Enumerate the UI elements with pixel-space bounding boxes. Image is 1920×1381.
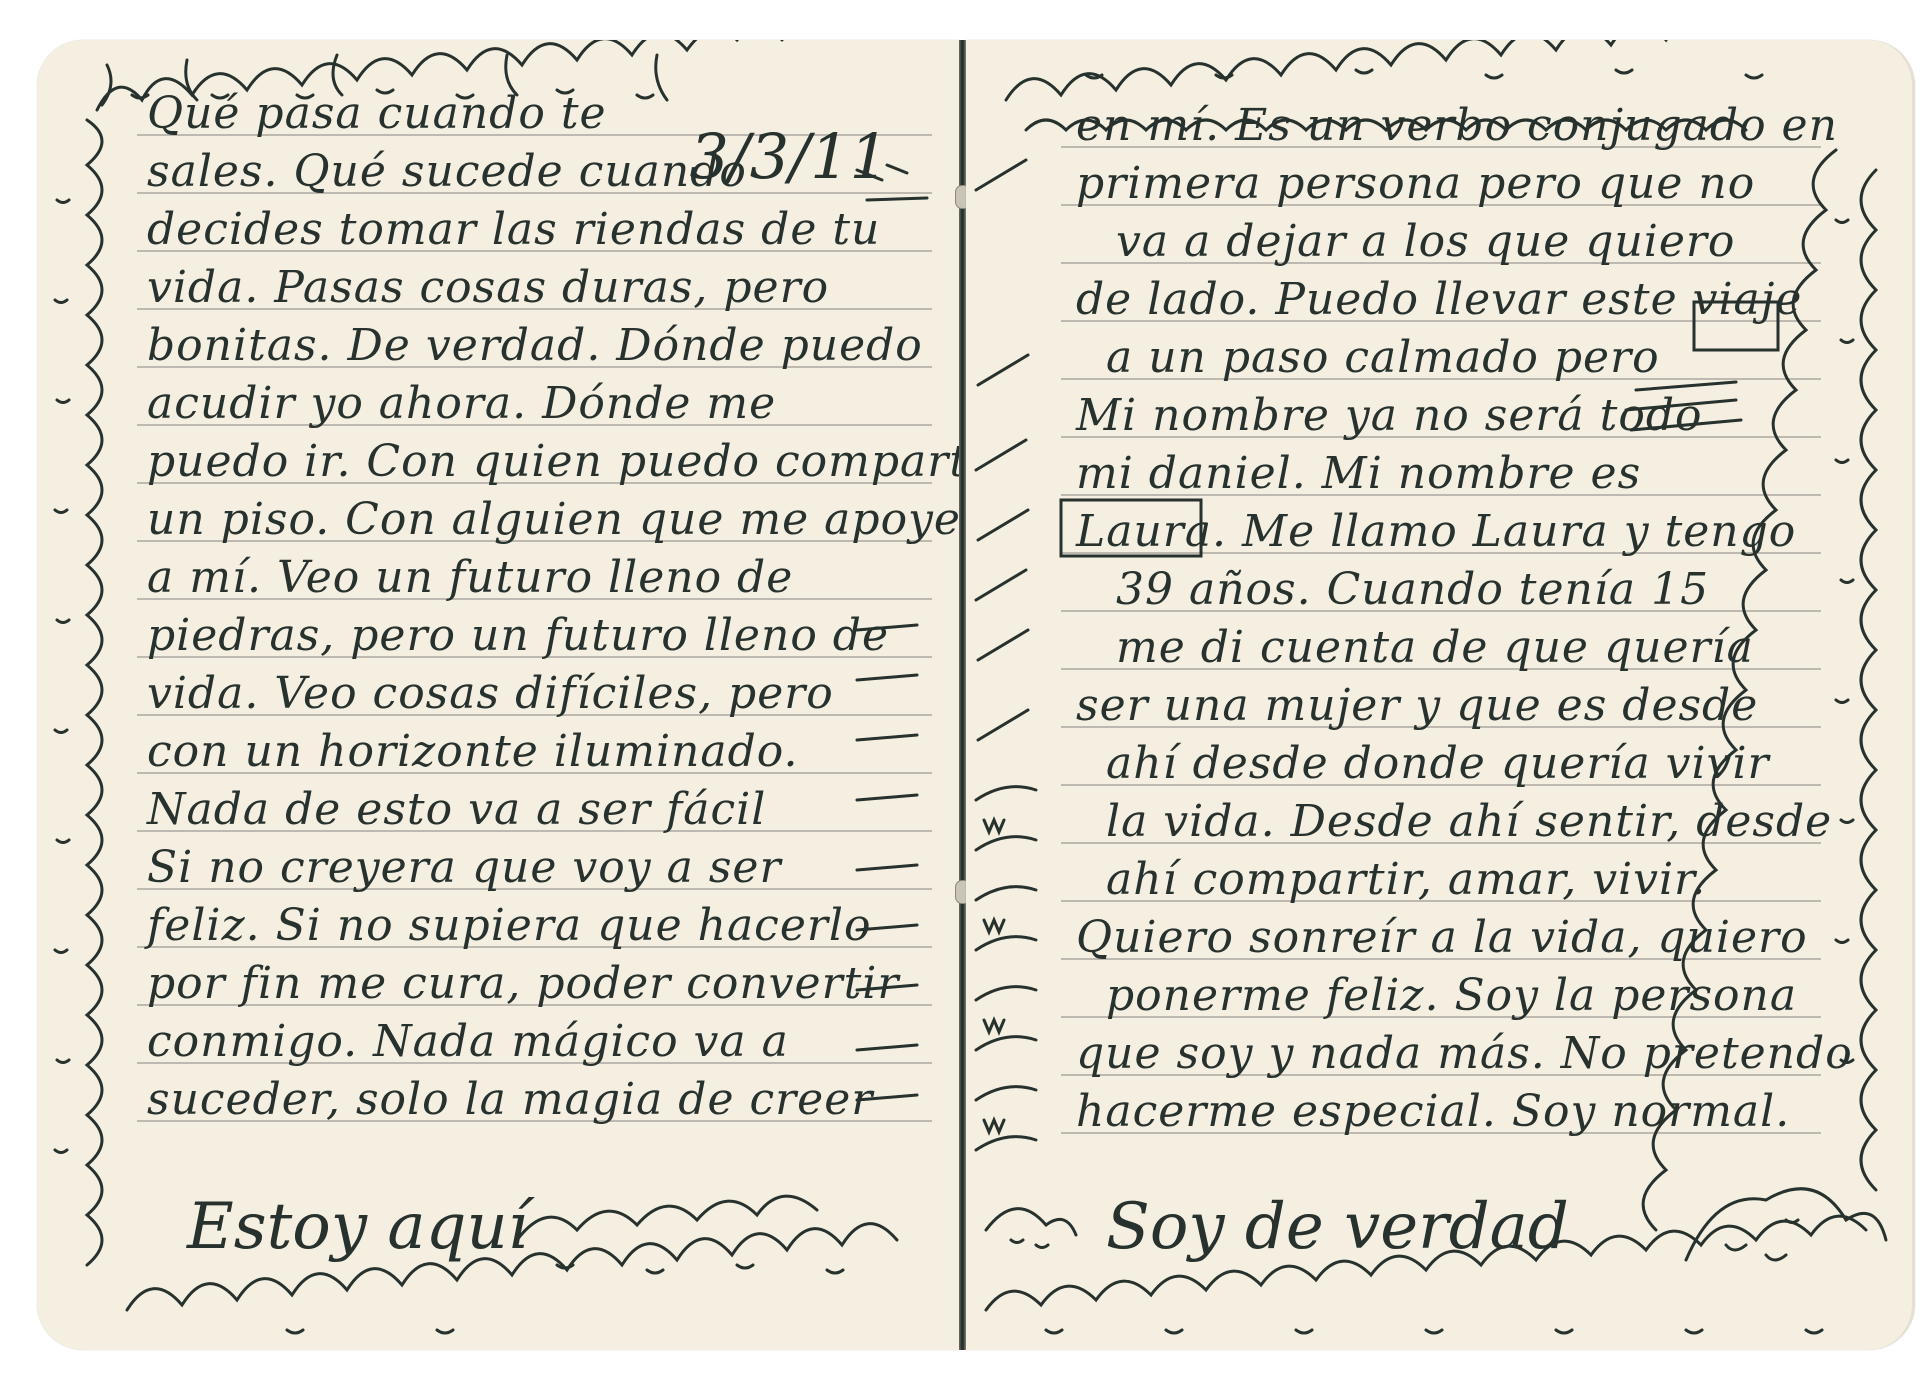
text-line: feliz. Si no supiera que hacerlo xyxy=(147,904,871,948)
text-line: en mí. Es un verbo conjugado en xyxy=(1076,104,1838,148)
text-line: Nada de esto va a ser fácil xyxy=(147,788,766,832)
text-line: por fin me cura, poder convertir xyxy=(147,962,899,1006)
text-line: ahí compartir, amar, vivir. xyxy=(1106,858,1706,902)
text-line: acudir yo ahora. Dónde me xyxy=(147,382,776,426)
text-line: ser una mujer y que es desde xyxy=(1076,684,1758,728)
text-line: va a dejar a los que quiero xyxy=(1116,220,1735,264)
text-line: la vida. Desde ahí sentir, desde xyxy=(1106,800,1832,844)
text-line: a un paso calmado pero xyxy=(1106,336,1660,380)
text-line: ahí desde donde quería vivir xyxy=(1106,742,1770,786)
text-line: piedras, pero un futuro lleno de xyxy=(147,614,889,658)
text-line: un piso. Con alguien que me apoye xyxy=(147,498,959,542)
text-line: mi daniel. Mi nombre es xyxy=(1076,452,1641,496)
right-page: en mí. Es un verbo conjugado en primera … xyxy=(966,40,1915,1350)
closing-line: Estoy aquí xyxy=(187,1190,528,1264)
text-line: Si no creyera que voy a ser xyxy=(147,846,781,890)
text-line: bonitas. De verdad. Dónde puedo xyxy=(147,324,923,368)
text-line: sales. Qué sucede cuando xyxy=(147,150,747,194)
text-line: 39 años. Cuando tenía 15 xyxy=(1116,568,1709,612)
text-line: vida. Pasas cosas duras, pero xyxy=(147,266,829,310)
text-line: de lado. Puedo llevar este viaje xyxy=(1076,278,1802,322)
text-line: me di cuenta de que quería xyxy=(1116,626,1754,670)
text-line: primera persona pero que no xyxy=(1076,162,1755,206)
closing-line: Soy de verdad xyxy=(1106,1190,1569,1264)
text-line: hacerme especial. Soy normal. xyxy=(1076,1090,1790,1134)
text-line: a mí. Veo un futuro lleno de xyxy=(147,556,793,600)
text-line: Mi nombre ya no será todo xyxy=(1076,394,1702,438)
text-line: ponerme feliz. Soy la persona xyxy=(1106,974,1797,1018)
text-line: decides tomar las riendas de tu xyxy=(147,208,880,252)
left-page: 3/3/11 Qué pasa cuando te sales. Qué suc… xyxy=(37,40,959,1350)
text-line: Laura. Me llamo Laura y tengo xyxy=(1076,510,1796,554)
notebook-spine xyxy=(959,40,966,1350)
text-line: conmigo. Nada mágico va a xyxy=(147,1020,789,1064)
text-line: puedo ir. Con quien puedo compartir xyxy=(147,440,959,484)
text-line: que soy y nada más. No pretendo xyxy=(1076,1032,1853,1076)
text-line: suceder, solo la magia de creer xyxy=(147,1078,873,1122)
notebook-spread: 3/3/11 Qué pasa cuando te sales. Qué suc… xyxy=(0,0,1920,1381)
text-line: Quiero sonreír a la vida, quiero xyxy=(1076,916,1808,960)
text-line: Qué pasa cuando te xyxy=(147,92,607,136)
text-line: con un horizonte iluminado. xyxy=(147,730,799,774)
text-line: vida. Veo cosas difíciles, pero xyxy=(147,672,834,716)
